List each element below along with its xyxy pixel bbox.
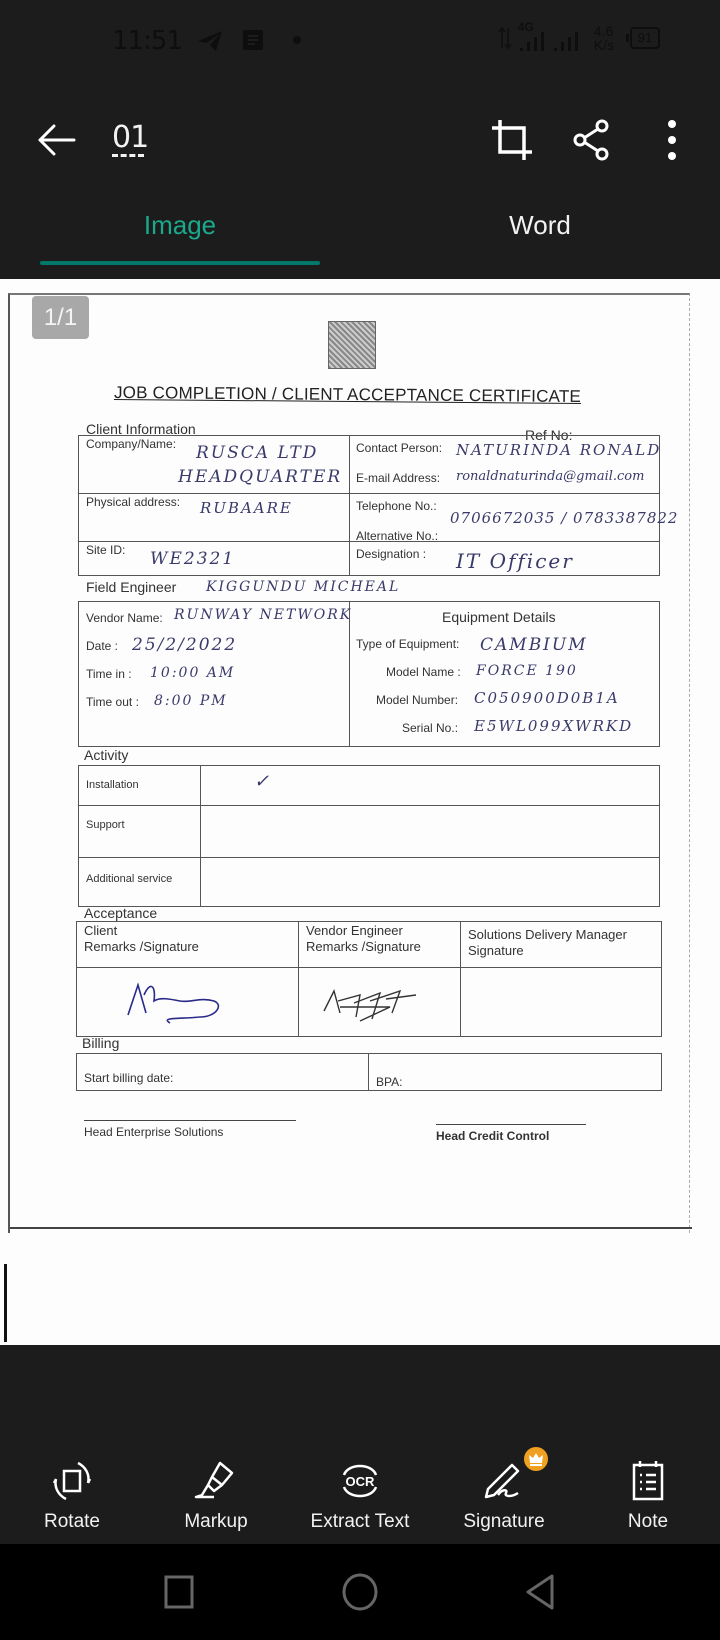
rotate-button[interactable]: Rotate bbox=[0, 1443, 144, 1544]
view-tabs: Image Word bbox=[0, 195, 720, 265]
svg-text:OCR: OCR bbox=[346, 1474, 376, 1489]
crown-icon bbox=[524, 1447, 548, 1471]
bottom-toolbar: Rotate Markup OCR Extract Text Signature… bbox=[0, 1443, 720, 1544]
model-name-value: FORCE 190 bbox=[476, 663, 578, 679]
back-nav-icon[interactable] bbox=[520, 1572, 560, 1612]
extract-text-button[interactable]: OCR Extract Text bbox=[288, 1443, 432, 1544]
equipment-type-label: Type of Equipment: bbox=[356, 637, 459, 651]
markup-button[interactable]: Markup bbox=[144, 1443, 288, 1544]
signature-icon bbox=[482, 1459, 526, 1503]
model-number-label: Model Number: bbox=[376, 693, 458, 707]
divider bbox=[78, 493, 660, 494]
bpa-label: BPA: bbox=[376, 1075, 402, 1089]
signal-icon: 4G bbox=[518, 24, 588, 52]
activity-table bbox=[78, 765, 660, 907]
acceptance-col-sdm: Solutions Delivery Manager bbox=[468, 927, 627, 942]
contact-person-value: NATURINDA RONALD bbox=[456, 441, 661, 459]
data-arrows-icon bbox=[498, 26, 512, 50]
acceptance-col-client-sub: Remarks /Signature bbox=[84, 939, 199, 954]
acceptance-heading: Acceptance bbox=[84, 905, 157, 921]
divider bbox=[460, 921, 461, 1037]
company-logo bbox=[328, 321, 376, 369]
serial-no-label: Serial No.: bbox=[402, 721, 458, 735]
app-bar: 01 bbox=[0, 100, 720, 180]
contact-person-label: Contact Person: bbox=[356, 441, 442, 455]
activity-row-label: Support bbox=[86, 819, 125, 831]
document-title[interactable]: 01 bbox=[112, 120, 148, 155]
status-bar: 11:51 4G 4.6 K/s 91 bbox=[0, 0, 720, 80]
title-edit-underline bbox=[112, 154, 144, 157]
status-time: 11:51 bbox=[112, 26, 182, 56]
signature-line bbox=[436, 1124, 586, 1125]
client-signature bbox=[120, 977, 230, 1027]
acceptance-col-vendor-sub: Remarks /Signature bbox=[306, 939, 421, 954]
vendor-name-label: Vendor Name: bbox=[86, 611, 163, 625]
dot-icon bbox=[292, 35, 302, 45]
back-arrow-icon[interactable] bbox=[34, 118, 78, 162]
system-navigation-bar bbox=[0, 1544, 720, 1640]
start-billing-date-label: Start billing date: bbox=[84, 1071, 173, 1085]
divider bbox=[349, 435, 350, 576]
signature-button[interactable]: Signature bbox=[432, 1443, 576, 1544]
activity-heading: Activity bbox=[84, 747, 128, 763]
alternative-no-label: Alternative No.: bbox=[356, 529, 438, 543]
acceptance-col-vendor: Vendor Engineer bbox=[306, 923, 403, 938]
serial-no-value: E5WL099XWRKD bbox=[474, 717, 633, 735]
equipment-details-heading: Equipment Details bbox=[442, 609, 556, 625]
field-engineer-value: KIGGUNDU MICHEAL bbox=[206, 579, 400, 595]
more-options-icon[interactable] bbox=[648, 116, 696, 164]
status-right-cluster: 4G 4.6 K/s 91 bbox=[498, 24, 660, 52]
note-icon bbox=[626, 1459, 670, 1503]
activity-row-label: Installation bbox=[86, 779, 139, 791]
premium-crown-badge bbox=[524, 1447, 548, 1471]
time-out-value: 8:00 PM bbox=[154, 693, 228, 709]
billing-heading: Billing bbox=[82, 1035, 119, 1051]
highlighter-icon bbox=[194, 1459, 238, 1503]
page-indicator: 1/1 bbox=[32, 296, 89, 339]
tab-image[interactable]: Image bbox=[15, 210, 345, 241]
tab-word[interactable]: Word bbox=[375, 210, 705, 241]
certificate-title: JOB COMPLETION / CLIENT ACCEPTANCE CERTI… bbox=[114, 383, 581, 407]
divider bbox=[78, 805, 660, 806]
date-value: 25/2/2022 bbox=[132, 635, 237, 655]
crop-icon[interactable] bbox=[488, 116, 536, 164]
scan-edge-mark bbox=[4, 1264, 7, 1342]
email-value: ronaldnaturinda@gmail.com bbox=[456, 469, 644, 484]
field-engineer-label: Field Engineer bbox=[86, 579, 176, 595]
head-enterprise-solutions-label: Head Enterprise Solutions bbox=[84, 1125, 223, 1139]
site-id-label: Site ID: bbox=[86, 543, 125, 557]
physical-address-label: Physical address: bbox=[86, 495, 180, 509]
equipment-type-value: CAMBIUM bbox=[480, 635, 588, 655]
page-bottom-edge bbox=[10, 1227, 692, 1229]
divider bbox=[200, 765, 201, 907]
telephone-label: Telephone No.: bbox=[356, 499, 437, 513]
time-out-label: Time out : bbox=[86, 695, 139, 709]
email-label: E-mail Address: bbox=[356, 471, 440, 485]
designation-label: Designation : bbox=[356, 547, 426, 561]
home-icon[interactable] bbox=[340, 1572, 380, 1612]
physical-address-value: RUBAARE bbox=[200, 499, 293, 517]
divider bbox=[76, 967, 662, 968]
acceptance-col-client: Client bbox=[84, 923, 117, 938]
notes-icon bbox=[242, 29, 264, 51]
document-viewer[interactable]: JOB COMPLETION / CLIENT ACCEPTANCE CERTI… bbox=[0, 279, 720, 1345]
date-label: Date : bbox=[86, 639, 118, 653]
active-tab-indicator bbox=[40, 261, 320, 265]
recent-apps-icon[interactable] bbox=[160, 1572, 200, 1612]
battery-icon: 91 bbox=[630, 27, 660, 49]
site-id-value: WE2321 bbox=[150, 549, 235, 569]
divider bbox=[368, 1053, 369, 1091]
divider bbox=[298, 921, 299, 1037]
activity-row-label: Additional service bbox=[86, 873, 172, 885]
company-value-2: HEADQUARTER bbox=[178, 467, 342, 487]
network-speed: 4.6 K/s bbox=[594, 24, 614, 52]
scanned-document: JOB COMPLETION / CLIENT ACCEPTANCE CERTI… bbox=[8, 293, 690, 1233]
vendor-engineer-signature bbox=[320, 977, 430, 1027]
acceptance-col-sdm-sub: Signature bbox=[468, 943, 524, 958]
note-button[interactable]: Note bbox=[576, 1443, 720, 1544]
installation-checkmark: ✓ bbox=[254, 771, 271, 792]
rotate-icon bbox=[50, 1459, 94, 1503]
time-in-label: Time in : bbox=[86, 667, 132, 681]
vendor-name-value: RUNWAY NETWORK bbox=[174, 607, 352, 623]
divider bbox=[78, 857, 660, 858]
time-in-value: 10:00 AM bbox=[150, 665, 235, 681]
designation-value: IT Officer bbox=[456, 549, 574, 573]
signature-line bbox=[84, 1120, 296, 1121]
ocr-icon: OCR bbox=[338, 1459, 382, 1503]
telegram-icon bbox=[196, 29, 224, 53]
telephone-value: 0706672035 / 0783387822 bbox=[450, 509, 678, 527]
company-label: Company/Name: bbox=[86, 437, 176, 451]
model-number-value: C050900D0B1A bbox=[474, 689, 620, 707]
share-icon[interactable] bbox=[568, 116, 616, 164]
head-credit-control-label: Head Credit Control bbox=[436, 1129, 549, 1143]
company-value: RUSCA LTD bbox=[196, 443, 318, 463]
model-name-label: Model Name : bbox=[386, 665, 461, 679]
